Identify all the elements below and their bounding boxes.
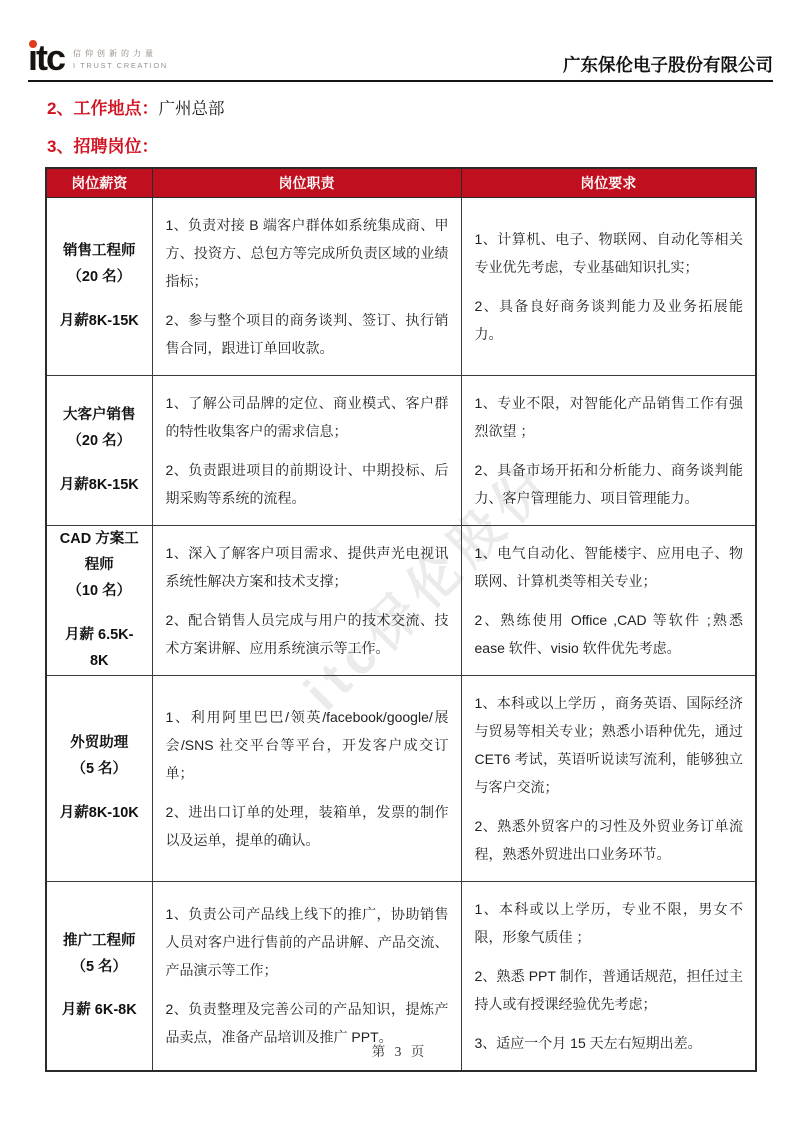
paragraph: 2、熟练使用 Office ,CAD 等软件 ;熟悉 ease 软件、visio… xyxy=(475,606,744,662)
paragraph: 2、熟悉 PPT 制作，普通话规范，担任过主持人或有授课经验优先考虑； xyxy=(475,962,744,1018)
position-duties-cell: 1、负责对接 B 端客户群体如系统集成商、甲方、投资方、总包方等完成所负责区域的… xyxy=(152,197,461,375)
document-page: itc 信仰创新的力量 I TRUST CREATION 广东保伦电子股份有限公… xyxy=(0,0,799,1131)
position-title: 大客户销售 xyxy=(56,402,143,428)
paragraph: 1、计算机、电子、物联网、自动化等相关专业优先考虑，专业基础知识扎实； xyxy=(475,225,744,281)
position-salary: 月薪 6.5K-8K xyxy=(56,622,143,674)
table-header-cell: 岗位职责 xyxy=(152,168,461,197)
position-duties-cell: 1、利用阿里巴巴/领英/facebook/google/展会/SNS 社交平台等… xyxy=(152,675,461,881)
paragraph: 1、负责对接 B 端客户群体如系统集成商、甲方、投资方、总包方等完成所负责区域的… xyxy=(166,211,449,295)
position-duties-cell: 1、深入了解客户项目需求、提供声光电视讯系统性解决方案和技术支撑；2、配合销售人… xyxy=(152,525,461,675)
paragraph: 1、利用阿里巴巴/领英/facebook/google/展会/SNS 社交平台等… xyxy=(166,703,449,787)
position-count: （20 名） xyxy=(56,264,143,290)
company-name: 广东保伦电子股份有限公司 xyxy=(563,52,773,80)
table-row: 外贸助理 （5 名） 月薪8K-10K 1、利用阿里巴巴/领英/facebook… xyxy=(46,675,756,881)
position-salary-cell: 大客户销售 （20 名） 月薪8K-15K xyxy=(46,375,152,525)
position-requirements-cell: 1、本科或以上学历 ，商务英语、国际经济与贸易等相关专业；熟悉小语种优先，通过 … xyxy=(461,675,756,881)
position-salary: 月薪8K-15K xyxy=(56,472,143,498)
paragraph: 2、具备市场开拓和分析能力、商务谈判能力、客户管理能力、项目管理能力。 xyxy=(475,456,744,512)
paragraph: 1、了解公司品牌的定位、商业模式、客户群的特性收集客户的需求信息； xyxy=(166,389,449,445)
position-requirements-cell: 1、电气自动化、智能楼宇、应用电子、物联网、计算机类等相关专业；2、熟练使用 O… xyxy=(461,525,756,675)
position-salary: 月薪8K-10K xyxy=(56,800,143,826)
paragraph: 1、负责公司产品线上线下的推广，协助销售人员对客户进行售前的产品讲解、产品交流、… xyxy=(166,900,449,984)
position-duties-cell: 1、了解公司品牌的定位、商业模式、客户群的特性收集客户的需求信息；2、负责跟进项… xyxy=(152,375,461,525)
position-requirements-cell: 1、计算机、电子、物联网、自动化等相关专业优先考虑，专业基础知识扎实；2、具备良… xyxy=(461,197,756,375)
position-salary-cell: CAD 方案工程师 （10 名） 月薪 6.5K-8K xyxy=(46,525,152,675)
table-row: CAD 方案工程师 （10 名） 月薪 6.5K-8K 1、深入了解客户项目需求… xyxy=(46,525,756,675)
position-title: 外贸助理 xyxy=(56,730,143,756)
logo-slogan-cn: 信仰创新的力量 xyxy=(73,48,168,59)
table-row: 销售工程师 （20 名） 月薪8K-15K 1、负责对接 B 端客户群体如系统集… xyxy=(46,197,756,375)
position-count: （20 名） xyxy=(56,428,143,454)
position-salary: 月薪 6K-8K xyxy=(56,997,143,1023)
heading-positions: 3、招聘岗位： xyxy=(47,132,158,157)
itc-logo-icon: itc xyxy=(28,44,64,72)
position-title: 销售工程师 xyxy=(56,238,143,264)
paragraph: 2、配合销售人员完成与用户的技术交流、技术方案讲解、应用系统演示等工作。 xyxy=(166,606,449,662)
jobs-table: 岗位薪资 岗位职责 岗位要求 销售工程师 （20 名） 月薪8K-15K 1、负… xyxy=(45,167,757,1072)
work-location-value: 广州总部 xyxy=(158,100,224,118)
position-count: （5 名） xyxy=(56,954,143,980)
position-salary: 月薪8K-15K xyxy=(56,308,143,334)
logo-slogan-en: I TRUST CREATION xyxy=(73,61,168,70)
position-requirements-cell: 1、专业不限，对智能化产品销售工作有强烈欲望 ；2、具备市场开拓和分析能力、商务… xyxy=(461,375,756,525)
paragraph: 2、熟悉外贸客户的习性及外贸业务订单流程，熟悉外贸进出口业务环节。 xyxy=(475,812,744,868)
page-header: itc 信仰创新的力量 I TRUST CREATION 广东保伦电子股份有限公… xyxy=(28,34,773,82)
table-header-cell: 岗位薪资 xyxy=(46,168,152,197)
positions-label: 3、招聘岗位： xyxy=(47,137,158,156)
paragraph: 2、负责跟进项目的前期设计、中期投标、后期采购等系统的流程。 xyxy=(166,456,449,512)
paragraph: 1、专业不限，对智能化产品销售工作有强烈欲望 ； xyxy=(475,389,744,445)
itc-logo: itc 信仰创新的力量 I TRUST CREATION xyxy=(28,44,168,80)
paragraph: 1、本科或以上学历，专业不限，男女不限，形象气质佳 ； xyxy=(475,895,744,951)
position-title: CAD 方案工程师 xyxy=(56,526,143,578)
position-count: （10 名） xyxy=(56,578,143,604)
logo-slogans: 信仰创新的力量 I TRUST CREATION xyxy=(73,44,168,70)
heading-work-location: 2、工作地点：广州总部 xyxy=(47,94,224,119)
paragraph: 2、进出口订单的处理，装箱单，发票的制作以及运单，提单的确认。 xyxy=(166,798,449,854)
paragraph: 2、参与整个项目的商务谈判、签订、执行销售合同，跟进订单回收款。 xyxy=(166,306,449,362)
work-location-label: 2、工作地点： xyxy=(47,99,158,118)
position-salary-cell: 外贸助理 （5 名） 月薪8K-10K xyxy=(46,675,152,881)
logo-red-dot-icon xyxy=(29,40,37,48)
paragraph: 1、电气自动化、智能楼宇、应用电子、物联网、计算机类等相关专业； xyxy=(475,539,744,595)
paragraph: 1、深入了解客户项目需求、提供声光电视讯系统性解决方案和技术支撑； xyxy=(166,539,449,595)
table-header-row: 岗位薪资 岗位职责 岗位要求 xyxy=(46,168,756,197)
position-salary-cell: 销售工程师 （20 名） 月薪8K-15K xyxy=(46,197,152,375)
paragraph: 2、具备良好商务谈判能力及业务拓展能力。 xyxy=(475,292,744,348)
position-title: 推广工程师 xyxy=(56,928,143,954)
position-count: （5 名） xyxy=(56,756,143,782)
table-header-cell: 岗位要求 xyxy=(461,168,756,197)
page-number: 第 3 页 xyxy=(0,1040,799,1060)
paragraph: 1、本科或以上学历 ，商务英语、国际经济与贸易等相关专业；熟悉小语种优先，通过 … xyxy=(475,689,744,801)
table-row: 大客户销售 （20 名） 月薪8K-15K 1、了解公司品牌的定位、商业模式、客… xyxy=(46,375,756,525)
